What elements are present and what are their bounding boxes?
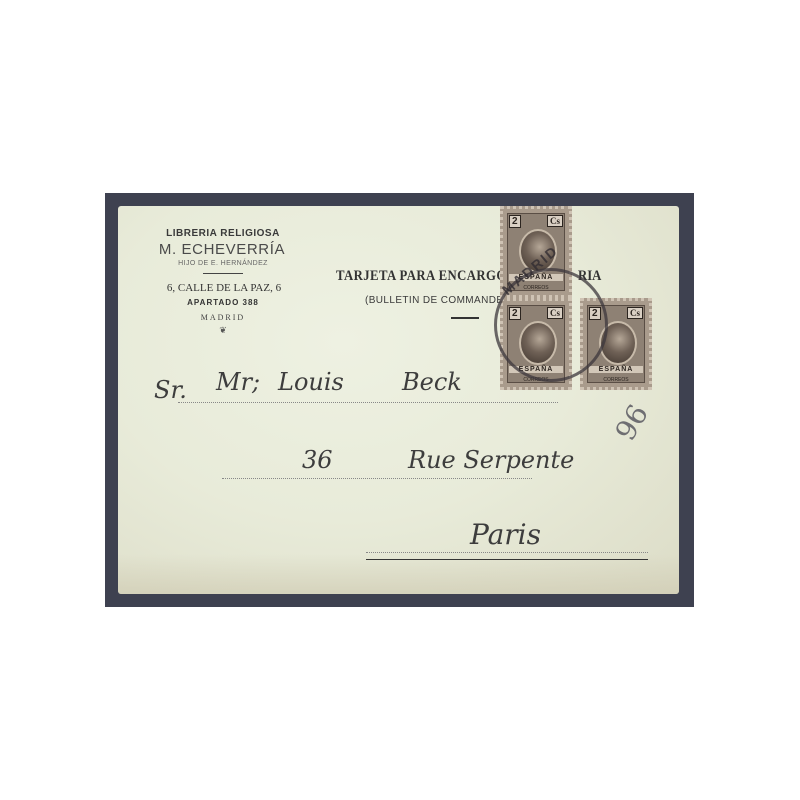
stamp-unit: Cs: [547, 215, 563, 227]
stamp-label: CORREOS: [583, 377, 649, 383]
handwritten-prefix: Mr;: [216, 368, 260, 396]
letterhead-city: MADRID: [138, 313, 308, 322]
card-title: TARJETA PARA ENCARGO: [336, 268, 507, 285]
card-shading: [118, 554, 679, 594]
handwritten-city: Paris: [470, 518, 541, 551]
address-underline: [366, 559, 648, 560]
handwritten-salutation: Sr.: [154, 376, 187, 404]
letterhead-line3: HIJO DE E. HERNÁNDEZ: [138, 260, 308, 267]
letterhead-line1: LIBRERIA RELIGIOSA: [138, 228, 308, 239]
letterhead-name: M. ECHEVERRÍA: [130, 241, 314, 258]
address-line-2: [222, 478, 532, 479]
address-line-1: [178, 402, 558, 403]
handwritten-street-number: 36: [302, 446, 333, 474]
handwritten-first-name: Louis: [278, 368, 344, 396]
handwritten-street: Rue Serpente: [408, 446, 574, 474]
card-subtitle: (BULLETIN DE COMMANDE: [365, 295, 503, 306]
letterhead-separator: [203, 273, 243, 274]
stamp-unit: Cs: [627, 307, 643, 319]
pencil-annotation: 96: [609, 399, 655, 446]
address-line-3: [366, 552, 648, 553]
handwritten-last-name: Beck: [402, 368, 462, 396]
ornament-icon: ❦: [208, 326, 238, 336]
stamp-country: ESPAÑA: [589, 366, 643, 373]
stamp-value: 2: [509, 215, 521, 228]
letterhead-apartado: APARTADO 388: [138, 298, 308, 307]
postcard: LIBRERIA RELIGIOSA M. ECHEVERRÍA HIJO DE…: [118, 206, 679, 594]
subtitle-separator: [451, 317, 479, 319]
letterhead-address: 6, CALLE DE LA PAZ, 6: [138, 282, 310, 294]
